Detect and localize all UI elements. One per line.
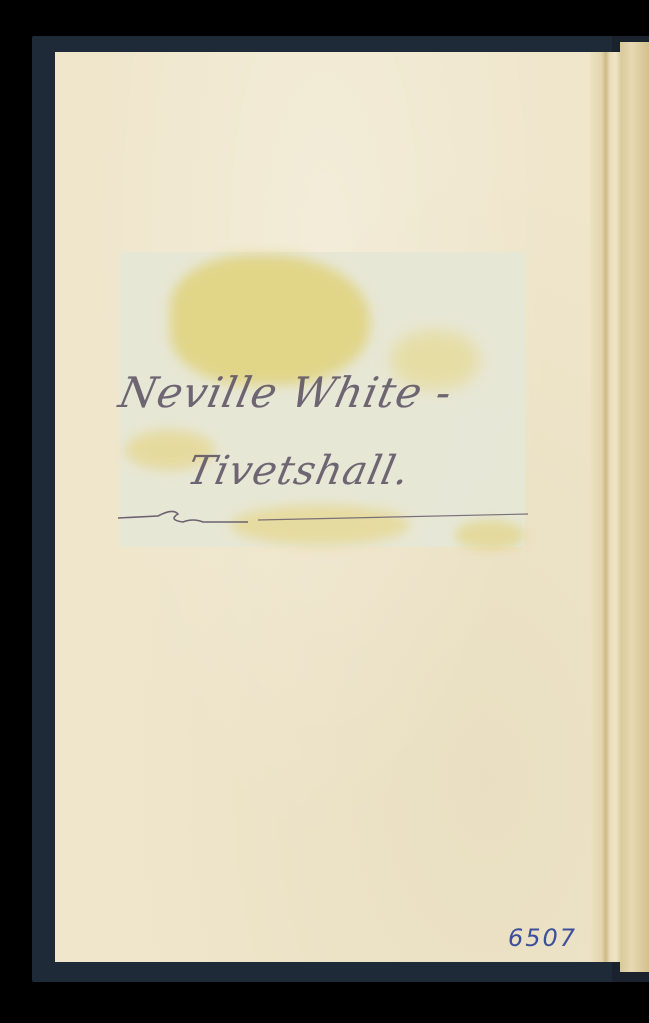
facing-page-edge xyxy=(620,42,649,972)
book-hinge xyxy=(590,52,622,962)
catalog-number: 6507 xyxy=(508,924,577,952)
inscription-place: Tivetshall. xyxy=(183,448,414,494)
signature-flourish xyxy=(118,500,528,530)
inscription-name: Neville White - xyxy=(115,368,457,417)
water-stain xyxy=(170,255,370,385)
